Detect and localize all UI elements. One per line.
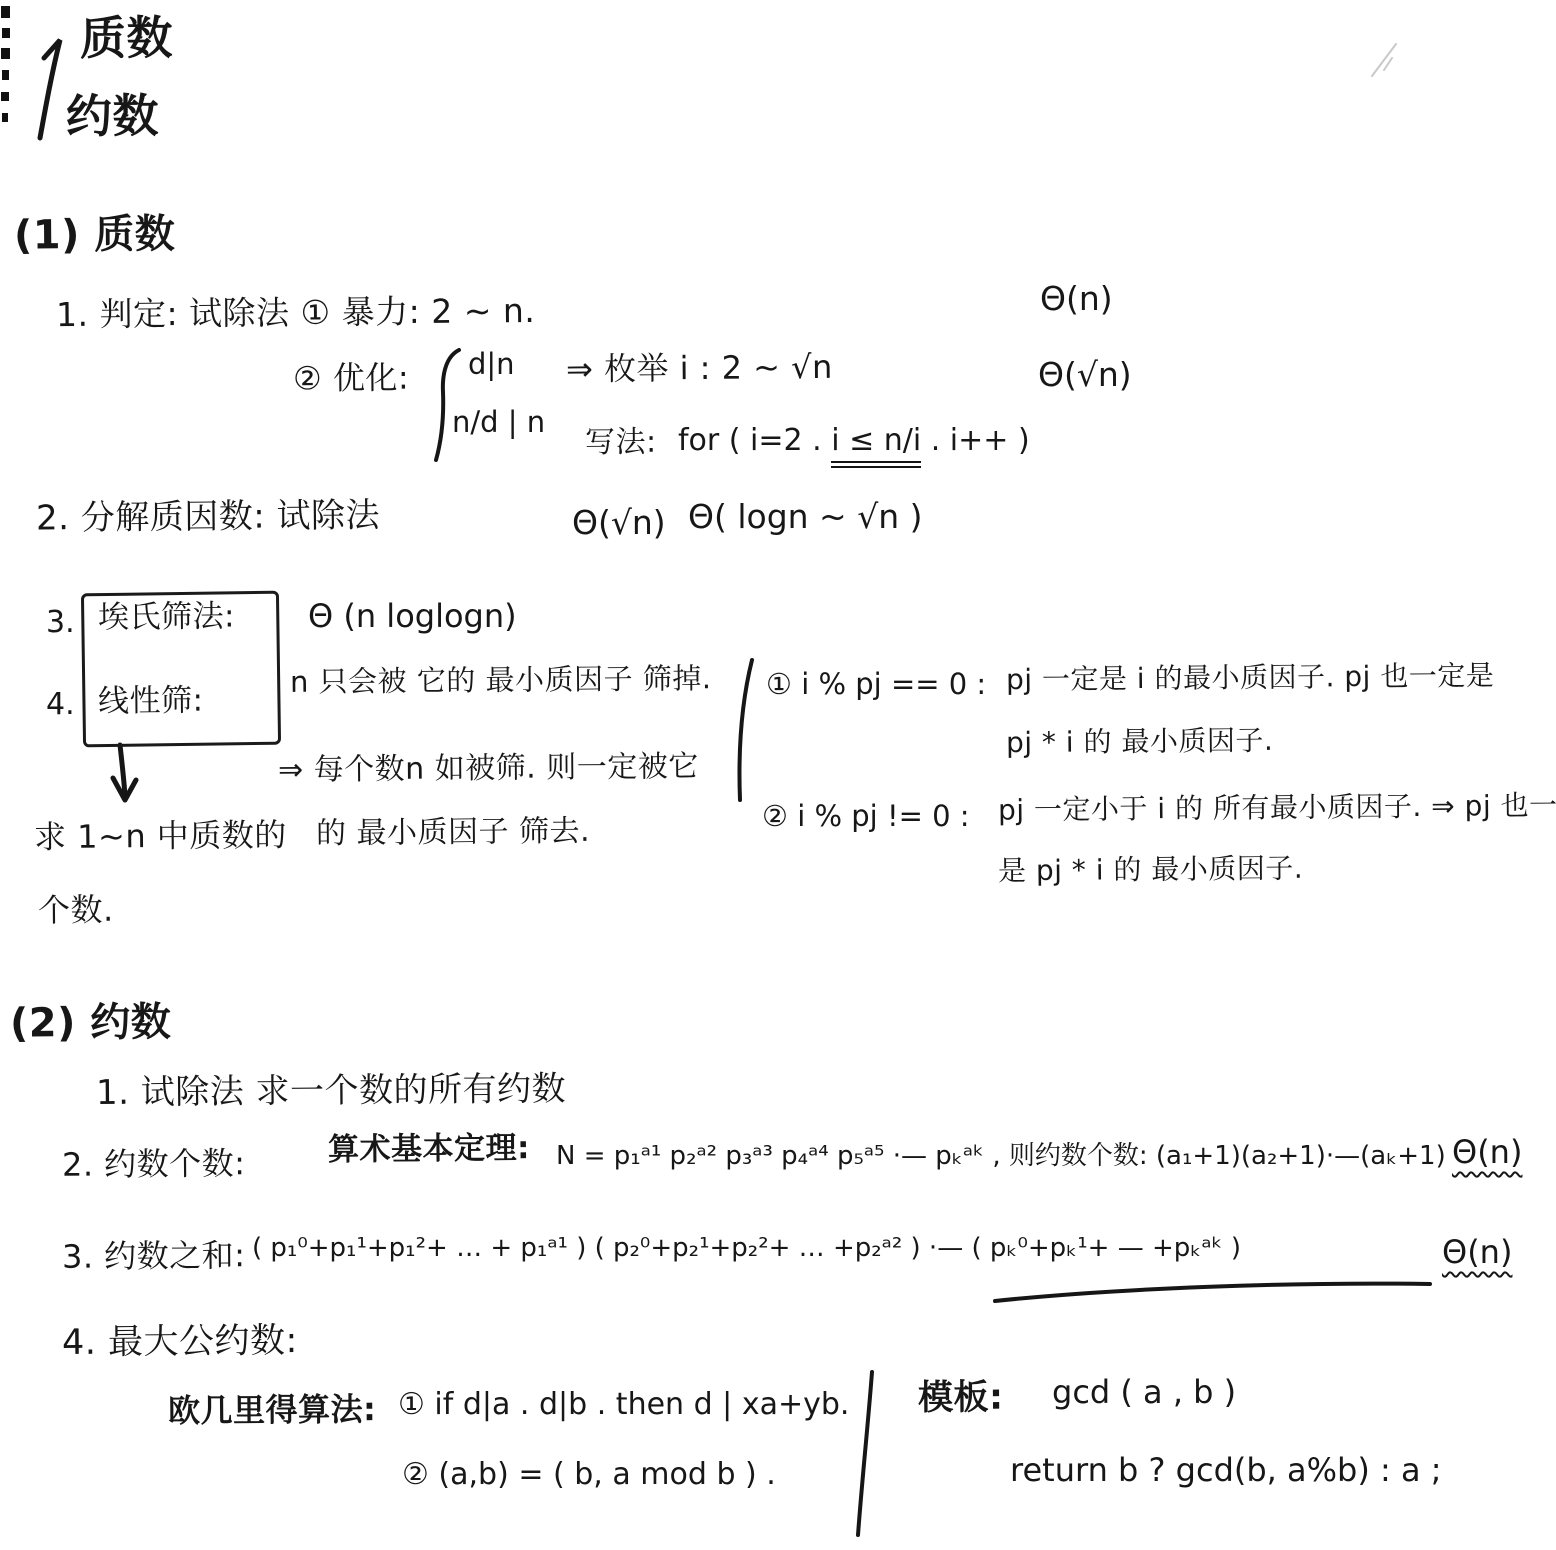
template-signature: gcd ( a , b )	[1052, 1374, 1236, 1411]
goal-line-2: 个数.	[38, 892, 114, 929]
scan-artifact	[2, 70, 9, 80]
linear-sieve-label: 线性筛:	[98, 684, 204, 721]
template-body: return b ? gcd(b, a%b) : a ;	[1010, 1452, 1442, 1489]
divisor-count-complexity-text: Θ(n)	[1452, 1133, 1522, 1171]
scan-artifact	[2, 28, 10, 38]
section1-heading: (1) 质数	[14, 211, 176, 258]
code-cond: i ≤ n/i	[831, 423, 921, 468]
divisor-sum-complexity: Θ(n)	[1442, 1234, 1512, 1271]
divisor-sum-label: 3. 约数之和:	[62, 1237, 246, 1275]
scan-artifact	[2, 113, 8, 122]
scan-artifact	[1, 92, 9, 101]
topic-divisors: 约数	[66, 90, 159, 144]
item3-number: 3.	[46, 606, 75, 641]
code-post: . i++ )	[921, 423, 1029, 458]
cases-bracket	[740, 660, 753, 800]
eratosthenes-complexity: Θ (n loglogn)	[308, 598, 517, 635]
optimize-label: ② 优化:	[293, 359, 409, 397]
judge-complexity: Θ(n)	[1040, 280, 1113, 318]
scan-artifact	[1, 48, 10, 59]
section2-heading: (2) 约数	[10, 999, 172, 1046]
fundamental-theorem-label: 算术基本定理:	[328, 1131, 530, 1168]
divisors-item1: 1. 试除法 求一个数的所有约数	[96, 1070, 566, 1113]
divisor-sum-complexity-text: Θ(n)	[1442, 1233, 1512, 1271]
formula-strikeline	[995, 1284, 1430, 1301]
euclid-line1: ① if d|a . d|b . then d | xa+yb.	[398, 1388, 849, 1423]
goal-line-1: 求 1~n 中质数的	[34, 817, 287, 856]
code-label: 写法:	[585, 426, 657, 461]
sieve-case2-text2: 是 pj * i 的 最小质因子.	[998, 853, 1304, 888]
sieve-case1-text2: pj * i 的 最小质因子.	[1006, 725, 1274, 760]
item4-number: 4.	[46, 688, 75, 723]
divisor-count-complexity: Θ(n)	[1452, 1134, 1522, 1171]
topic-brace-stroke	[40, 40, 60, 138]
eratosthenes-label: 埃氏筛法:	[98, 599, 235, 636]
optimize-case-top: d|n	[468, 348, 515, 381]
topic-primes: 质数	[80, 12, 173, 66]
judge-line: 1. 判定: 试除法 ① 暴力: 2 ~ n.	[56, 292, 536, 334]
template-label: 模板:	[918, 1378, 1004, 1419]
divisor-count-label: 2. 约数个数:	[62, 1145, 246, 1183]
handwritten-strokes	[0, 0, 1556, 1550]
scanned-notes-page: 质数 约数 (1) 质数 1. 判定: 试除法 ① 暴力: 2 ~ n. Θ(n…	[0, 0, 1556, 1550]
sieve-case2-text1: pj 一定小于 i 的 所有最小质因子. ⇒ pj 也一定	[998, 789, 1556, 826]
linear-sieve-note: n 只会被 它的 最小质因子 筛掉.	[290, 662, 712, 699]
sieve-derivation-2: 的 最小质因子 筛去.	[316, 815, 590, 852]
sieve-derivation-1: ⇒ 每个数n 如被筛. 则一定被它	[278, 750, 699, 788]
optimize-case-bottom: n/d | n	[452, 406, 545, 439]
factorize-line: 2. 分解质因数: 试除法	[36, 496, 380, 538]
euclid-line2: ② (a,b) = ( b, a mod b ) .	[402, 1458, 776, 1493]
scan-artifact	[1, 6, 10, 18]
sieve-case2-label: ② i % pj != 0 :	[762, 800, 970, 833]
pencil-slash	[1372, 44, 1396, 76]
template-divider	[858, 1372, 872, 1535]
optimize-complexity: Θ(√n)	[1038, 356, 1132, 394]
optimize-enum: ⇒ 枚举 i : 2 ~ √n	[566, 349, 833, 388]
gcd-label: 4. 最大公约数:	[62, 1321, 298, 1363]
divisor-sum-formula: ( p₁⁰+p₁¹+p₁²+ … + p₁ᵃ¹ ) ( p₂⁰+p₂¹+p₂²+…	[252, 1234, 1241, 1264]
factorize-complexity2: Θ( logn ~ √n )	[688, 498, 923, 536]
code-line: for ( i=2 . i ≤ n/i . i++ )	[678, 424, 1030, 459]
sieve-case1-label: ① i % pj == 0 :	[766, 668, 986, 701]
sieve-case1-text1: pj 一定是 i 的最小质因子. pj 也一定是	[1006, 660, 1495, 696]
divisor-count-formula: N = p₁ᵃ¹ p₂ᵃ² p₃ᵃ³ p₄ᵃ⁴ p₅ᵃ⁵ ·— pₖᵃᵏ , 则…	[556, 1142, 1446, 1172]
code-pre: for ( i=2 .	[678, 423, 831, 458]
down-arrow	[113, 745, 136, 800]
euclid-label: 欧几里得算法:	[168, 1391, 377, 1430]
factorize-complexity1: Θ(√n)	[572, 504, 666, 542]
